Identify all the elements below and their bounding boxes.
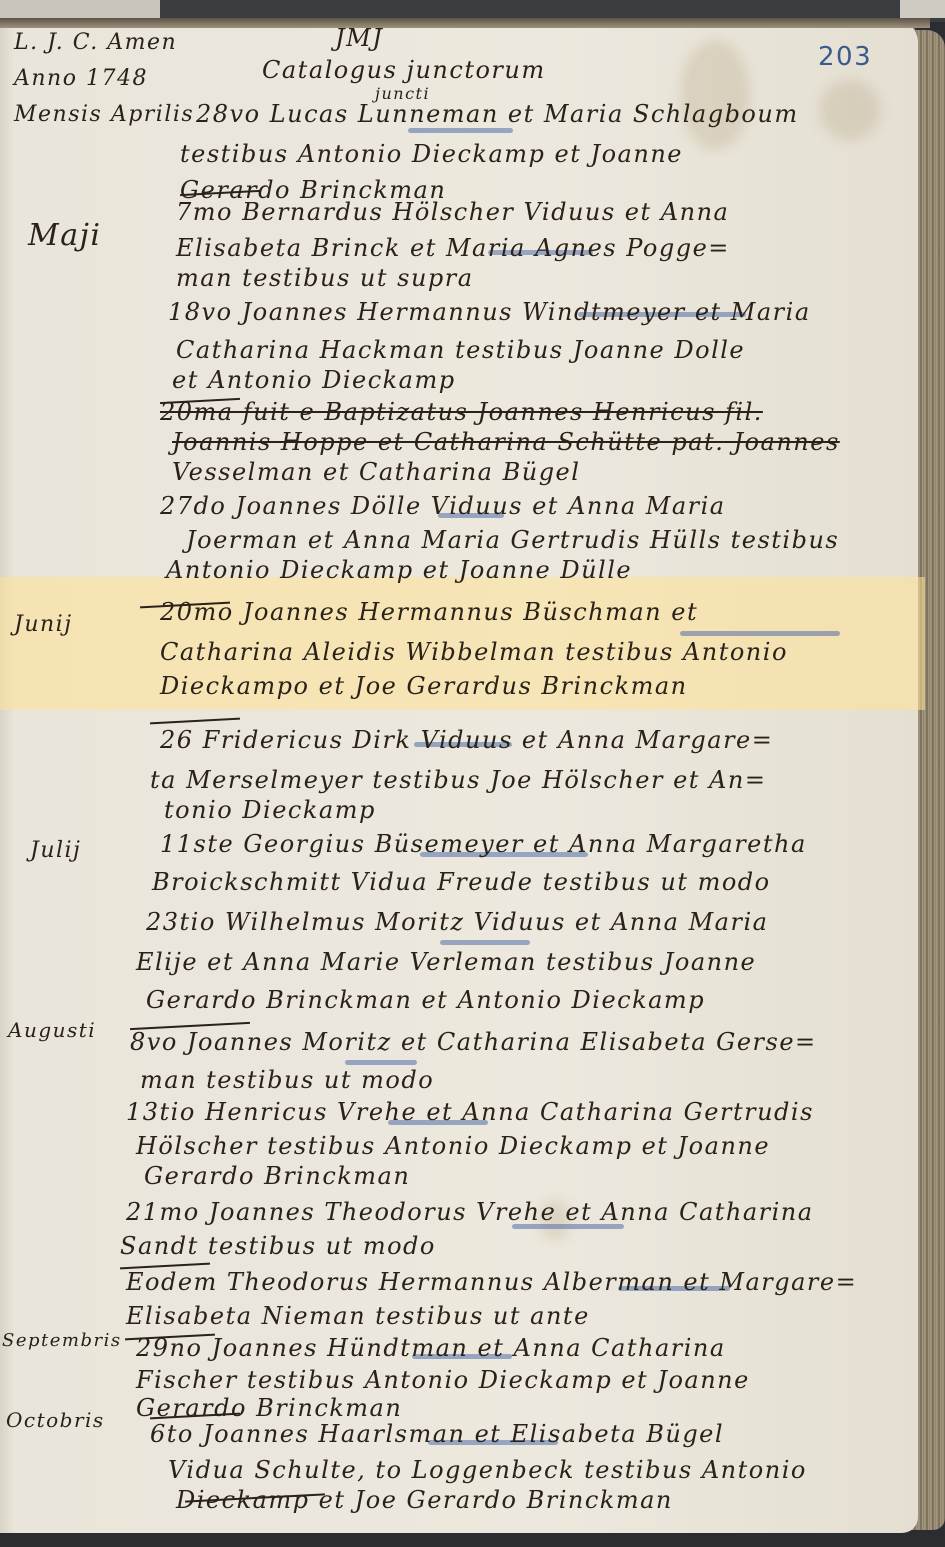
blue-underline — [680, 631, 840, 636]
entry-line: 8vo Joannes Moritz et Catharina Elisabet… — [130, 1028, 817, 1056]
entry-line: Antonio Dieckamp et Joanne Dülle — [166, 556, 632, 584]
margin-month-augusti: Augusti — [8, 1018, 96, 1042]
water-stain — [680, 40, 750, 150]
entry-line: man testibus ut modo — [140, 1066, 434, 1094]
entry-line: 13tio Henricus Vrehe et Anna Catharina G… — [126, 1098, 814, 1126]
entry-line: Elije et Anna Marie Verleman testibus Jo… — [136, 948, 756, 976]
margin-month-junij: Junij — [14, 612, 73, 637]
entry-line: Dieckamp et Joe Gerardo Brinckman — [176, 1486, 673, 1514]
entry-line: 23tio Wilhelmus Moritz Viduus et Anna Ma… — [146, 908, 768, 936]
entry-line: Eodem Theodorus Hermannus Alberman et Ma… — [126, 1268, 857, 1296]
page-top-edge — [0, 18, 930, 28]
blue-underline — [345, 1060, 417, 1065]
struck-entry-line: Joannis Hoppe et Catharina Schütte pat. … — [172, 428, 840, 456]
entry-line: Hölscher testibus Antonio Dieckamp et Jo… — [136, 1132, 770, 1160]
entry-line: Gerardo Brinckman — [144, 1162, 410, 1190]
margin-month-octobris: Octobris — [6, 1408, 105, 1432]
highlighted-entry-line: Dieckampo et Joe Gerardus Brinckman — [160, 672, 688, 700]
entry-line: 7mo Bernardus Hölscher Viduus et Anna — [176, 198, 729, 226]
struck-entry-line: 20ma fuit e Baptizatus Joannes Henricus … — [160, 398, 763, 426]
entry-line: ta Merselmeyer testibus Joe Hölscher et … — [150, 766, 766, 794]
entry-line: Elisabeta Brinck et Maria Agnes Pogge= — [176, 234, 730, 262]
entry-line: Sandt testibus ut modo — [120, 1232, 436, 1260]
entry-line: Gerardo Brinckman et Antonio Dieckamp — [146, 986, 705, 1014]
register-title: Catalogus junctorum — [262, 56, 546, 84]
entry-line: et Antonio Dieckamp — [172, 366, 456, 394]
entry-line: 29no Joannes Hündtman et Anna Catharina — [136, 1334, 726, 1362]
water-stain — [820, 80, 880, 140]
year-label: Anno 1748 — [14, 66, 148, 91]
margin-month-maji: Maji — [28, 218, 102, 253]
invocation: L. J. C. Amen — [14, 30, 177, 55]
blue-underline — [408, 128, 513, 133]
blue-underline — [440, 940, 530, 945]
entry-line: Vidua Schulte, to Loggenbeck testibus An… — [168, 1456, 807, 1484]
monogram: JMJ — [335, 24, 383, 52]
entry-line: Broickschmitt Vidua Freude testibus ut m… — [152, 868, 771, 896]
entry-line: Fischer testibus Antonio Dieckamp et Joa… — [136, 1366, 750, 1394]
highlighted-entry-line: 20mo Joannes Hermannus Büschman et — [160, 598, 698, 626]
entry-line: 27do Joannes Dölle Viduus et Anna Maria — [160, 492, 726, 520]
entry-line: Joerman et Anna Maria Gertrudis Hülls te… — [186, 526, 839, 554]
margin-month-julij: Julij — [30, 838, 81, 863]
entry-line: Gerardo Brinckman — [136, 1394, 402, 1422]
entry-line: Elisabeta Nieman testibus ut ante — [126, 1302, 590, 1330]
background-paper-left — [0, 0, 160, 18]
entry-line: testibus Antonio Dieckamp et Joanne — [180, 140, 683, 168]
month-label-aprilis: Mensis Aprilis — [14, 102, 194, 127]
entry-line: 6to Joannes Haarlsman et Elisabeta Bügel — [150, 1420, 724, 1448]
entry-line: Vesselman et Catharina Bügel — [172, 458, 580, 486]
entry-line: 26 Fridericus Dirk Viduus et Anna Margar… — [160, 726, 773, 754]
background-paper-right — [900, 0, 945, 18]
margin-month-septembris: Septembris — [2, 1330, 122, 1351]
entry-line: Catharina Hackman testibus Joanne Dolle — [176, 336, 745, 364]
entry-line: man testibus ut supra — [176, 264, 474, 292]
page-number: 203 — [818, 42, 872, 72]
entry-line: 28vo Lucas Lunneman et Maria Schlagboum — [196, 100, 799, 128]
entry-line: 18vo Joannes Hermannus Windtmeyer et Mar… — [168, 298, 811, 326]
entry-line: tonio Dieckamp — [164, 796, 376, 824]
entry-line: 21mo Joannes Theodorus Vrehe et Anna Cat… — [126, 1198, 814, 1226]
highlighted-entry-line: Catharina Aleidis Wibbelman testibus Ant… — [160, 638, 788, 666]
entry-line: 11ste Georgius Büsemeyer et Anna Margare… — [160, 830, 807, 858]
